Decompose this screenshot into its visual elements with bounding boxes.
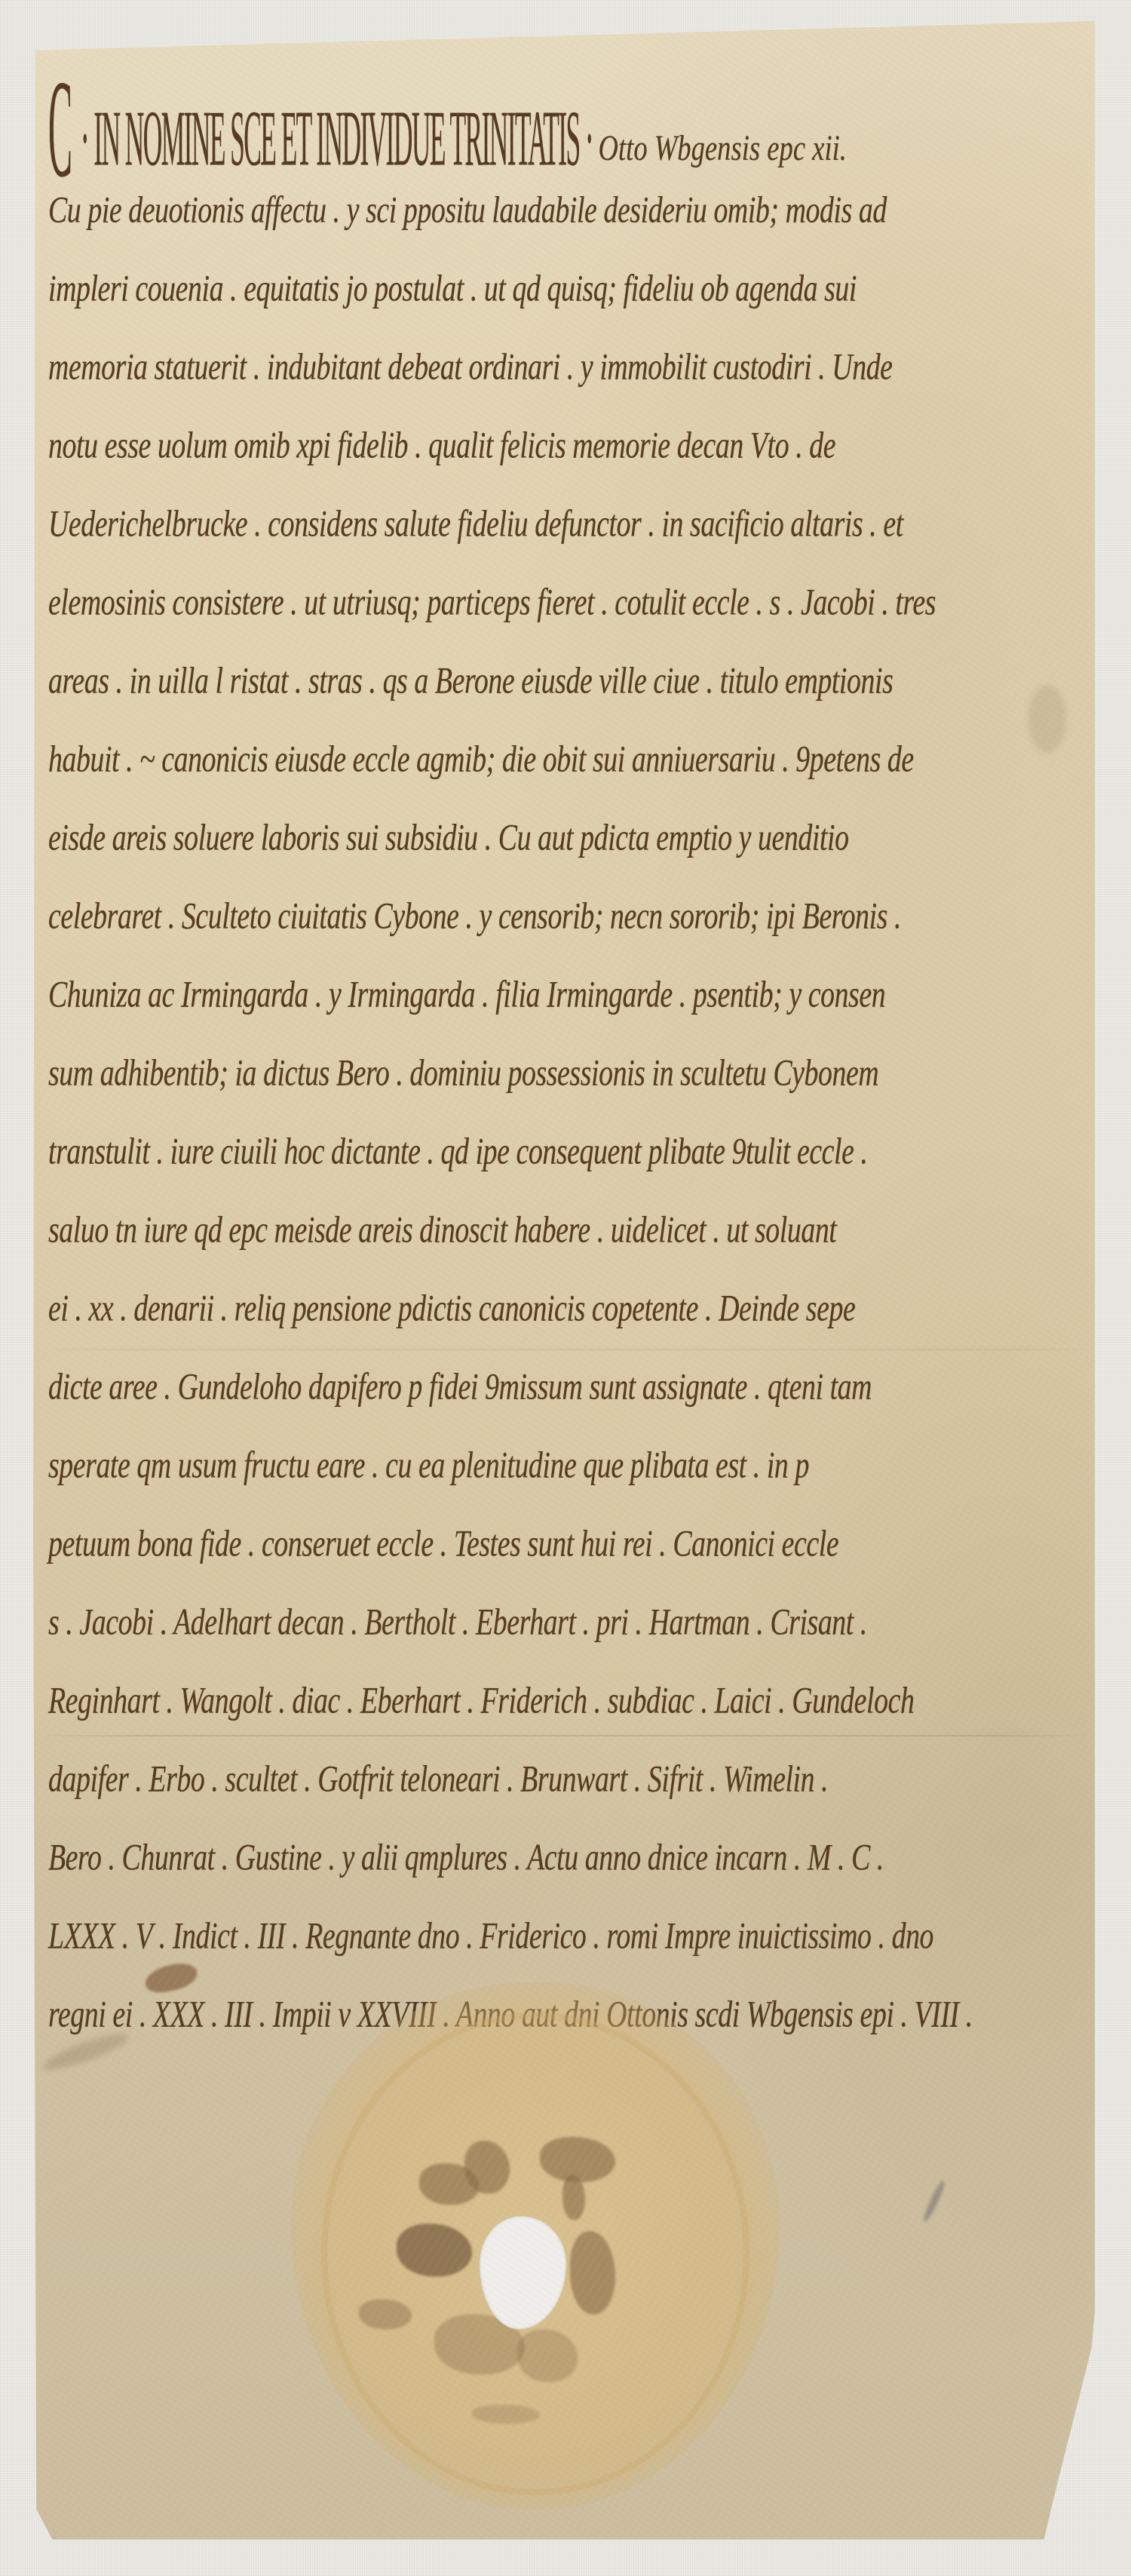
text-line: petuum bona fide . conseruet eccle . Tes… [48, 1505, 1081, 1583]
text-line: sperate qm usum fructu eare . cu ea plen… [48, 1426, 1081, 1505]
text-line: Uederichelbrucke . considens salute fide… [48, 485, 1081, 563]
charter-text: C · IN NOMINE SCE ET INDIVIDUE TRINITATI… [48, 93, 1081, 2054]
text-line: notu esse uolum omib xpi fidelib . quali… [48, 407, 1081, 485]
stain-mark [921, 2179, 947, 2224]
text-line: Bero . Chunrat . Gustine . y alii qmplur… [48, 1819, 1081, 1897]
seal-remnant [359, 2299, 412, 2329]
text-line: impleri couenia . equitatis jo postulat … [48, 250, 1081, 328]
text-line: celebraret . Sculteto ciuitatis Cybone .… [48, 877, 1081, 956]
text-line: habuit . ~ canonicis eiusde eccle agmib;… [48, 720, 1081, 799]
header-line: C · IN NOMINE SCE ET INDIVIDUE TRINITATI… [48, 93, 1081, 171]
stain-mark [1028, 685, 1066, 753]
text-line: Chuniza ac Irmingarda . y Irmingarda . f… [48, 956, 1081, 1034]
text-line: areas . in uilla l ristat . stras . qs a… [48, 642, 1081, 720]
text-line: saluo tn iure qd epc meisde areis dinosc… [48, 1191, 1081, 1270]
parchment-sheet: C · IN NOMINE SCE ET INDIVIDUE TRINITATI… [33, 21, 1095, 2550]
text-line: elemosinis consistere . ut utriusq; part… [48, 563, 1081, 642]
seal-remnant [472, 2405, 540, 2424]
text-line: Cu pie deuotionis affectu . y sci pposit… [48, 171, 1081, 250]
text-line: eisde areis soluere laboris sui subsidiu… [48, 799, 1081, 877]
text-line: dapifer . Erbo . scultet . Gotfrit telon… [48, 1740, 1081, 1819]
text-line: ei . xx . denarii . reliq pensione pdict… [48, 1270, 1081, 1348]
text-line: sum adhibentib; ia dictus Bero . dominiu… [48, 1034, 1081, 1113]
text-line: transtulit . iure ciuili hoc dictante . … [48, 1113, 1081, 1191]
seal-impression [291, 1982, 780, 2510]
text-line: dicte aree . Gundeloho dapifero p fidei … [48, 1348, 1081, 1426]
text-line: Reginhart . Wangolt . diac . Eberhart . … [48, 1662, 1081, 1740]
text-line: s . Jacobi . Adelhart decan . Bertholt .… [48, 1583, 1081, 1662]
text-line: LXXX . V . Indict . III . Regnante dno .… [48, 1897, 1081, 1976]
text-line: memoria statuerit . indubitant debeat or… [48, 328, 1081, 407]
